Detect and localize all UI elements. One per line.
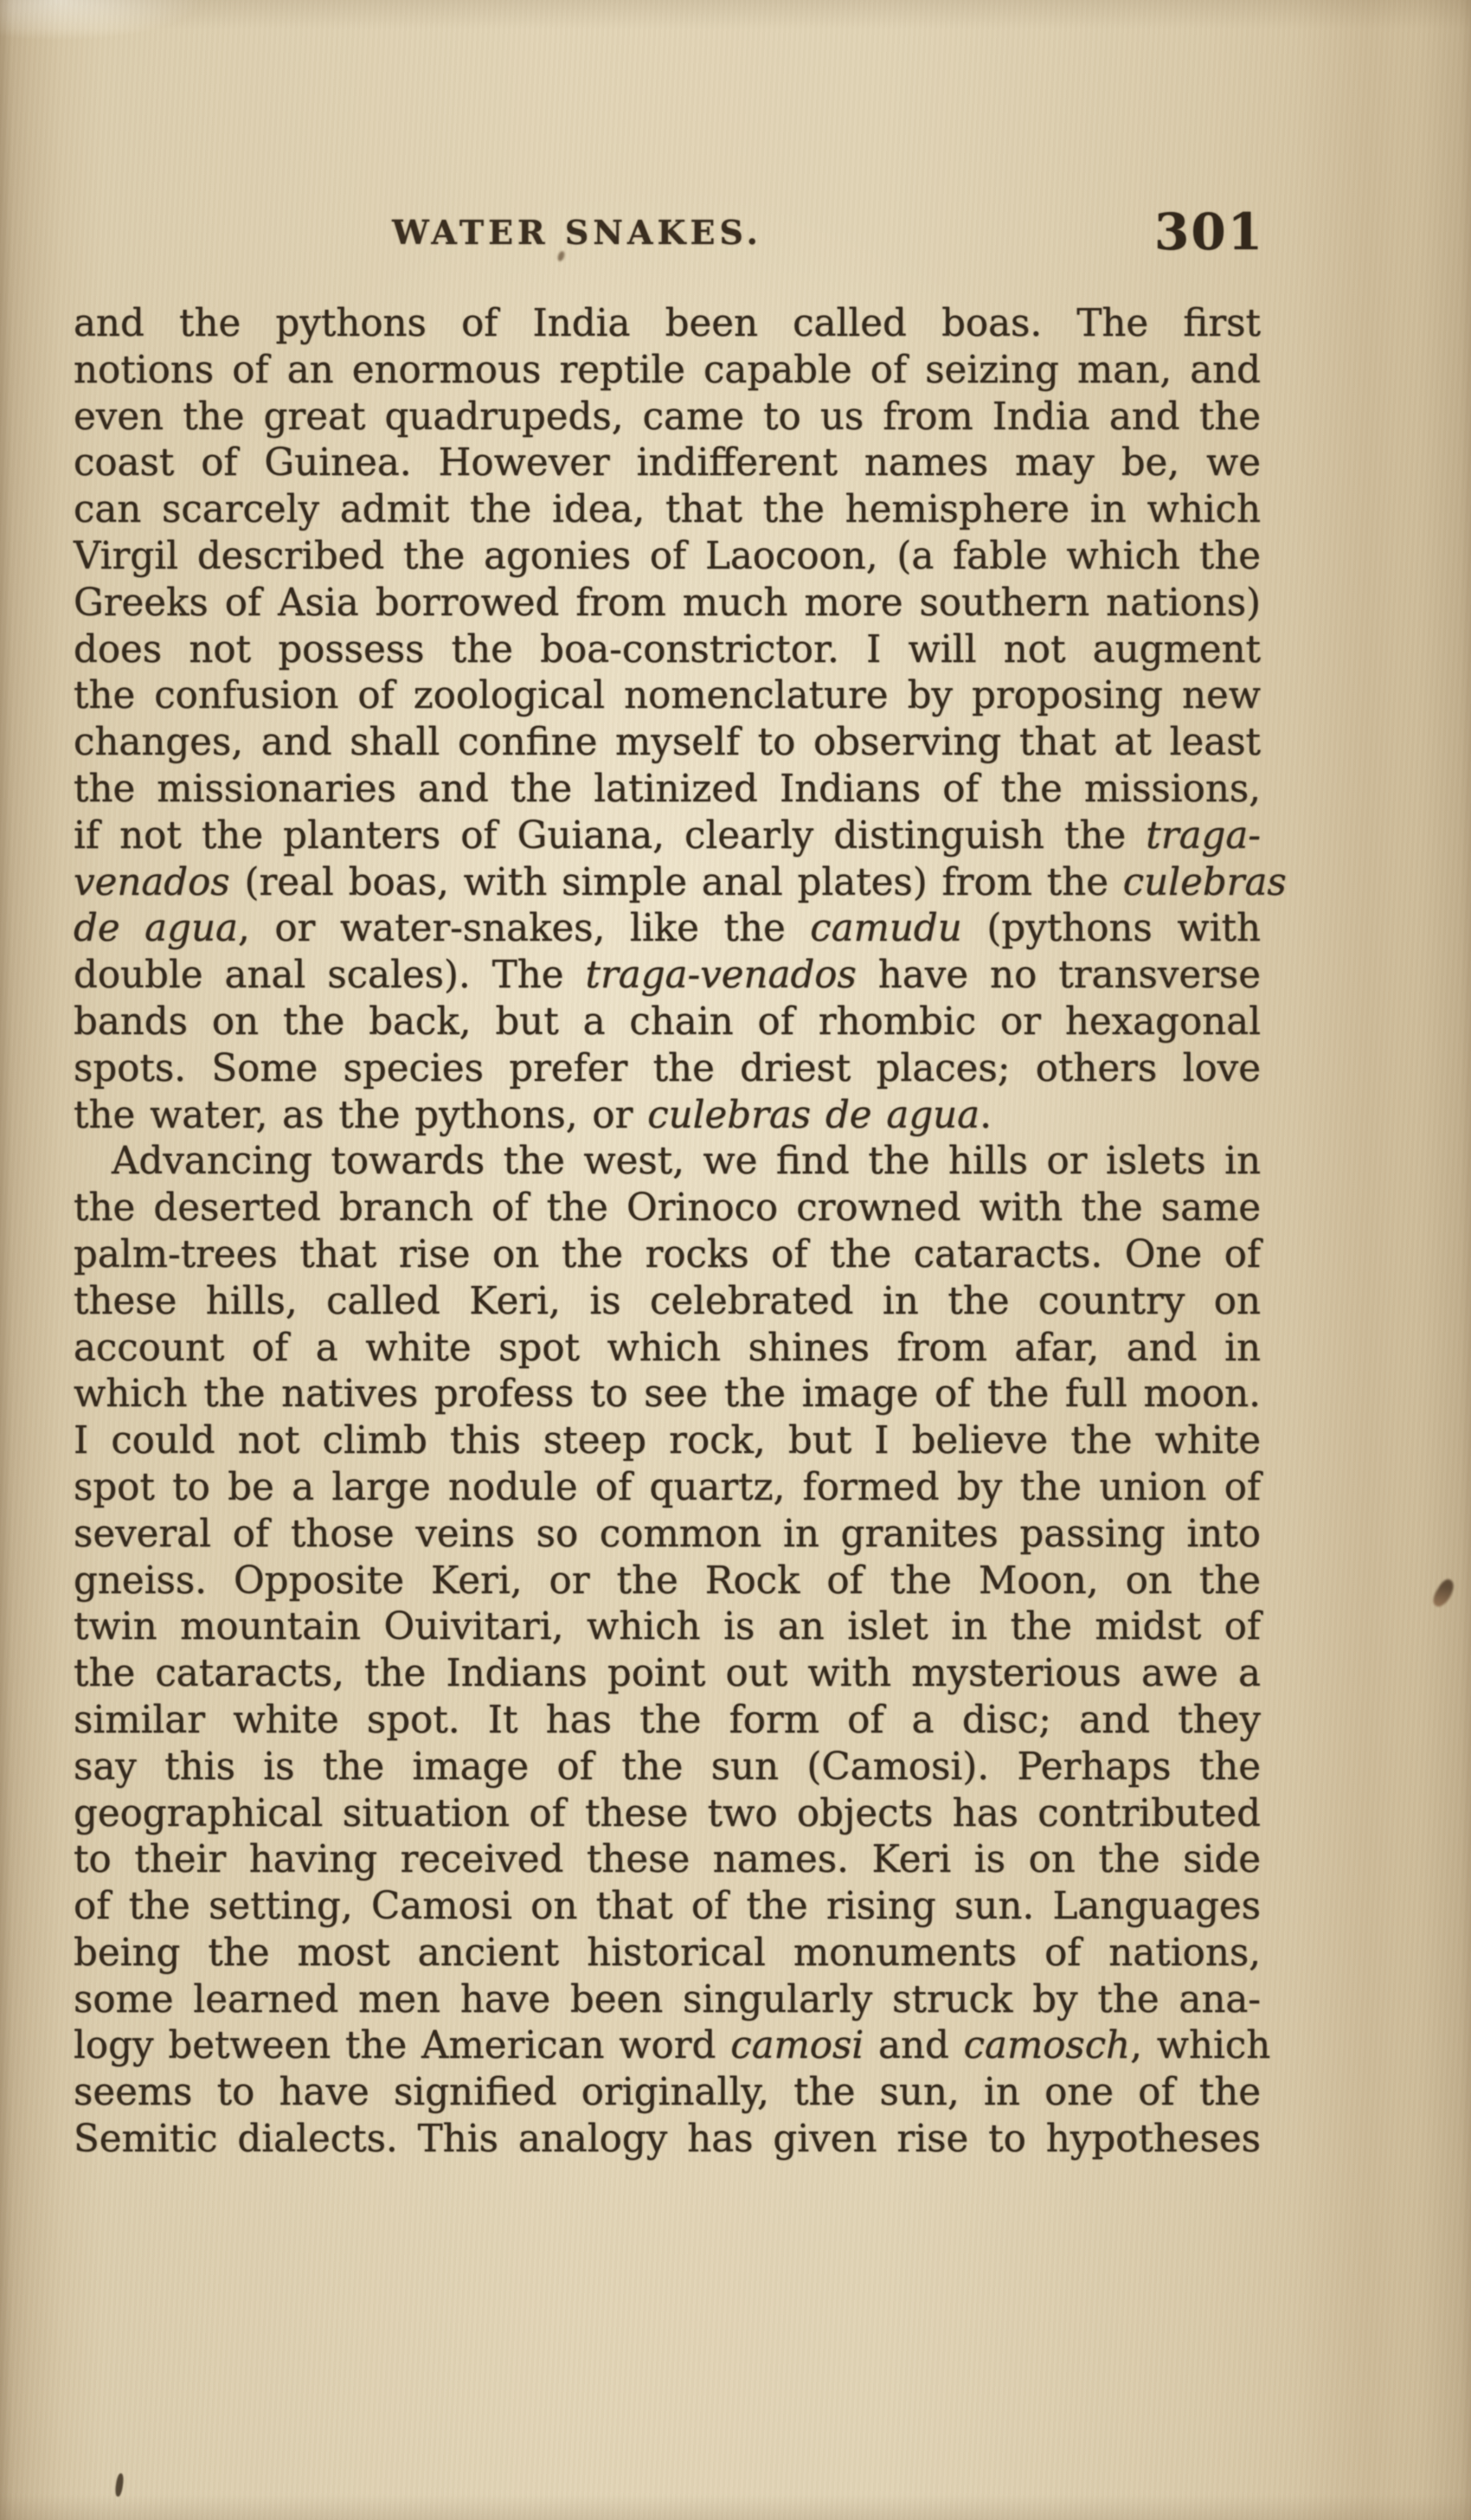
roman-text: Semitic dialects. This analogy has given… bbox=[74, 2118, 1261, 2161]
ink-speck bbox=[556, 250, 566, 262]
text-line: Greeks of Asia borrowed from much more s… bbox=[74, 581, 1261, 627]
roman-text: does not possess the boa-constrictor. I … bbox=[74, 628, 1261, 672]
roman-text: I could not climb this steep rock, but I… bbox=[74, 1419, 1261, 1462]
text-line: account of a white spot which shines fro… bbox=[74, 1326, 1261, 1372]
text-line: spot to be a large nodule of quartz, for… bbox=[74, 1465, 1261, 1512]
text-line: if not the planters of Guiana, clearly d… bbox=[74, 813, 1261, 860]
page-text-block: and the pythons of India been called boa… bbox=[74, 301, 1261, 2163]
text-line: notions of an enormous reptile capable o… bbox=[74, 348, 1261, 395]
text-line: double anal scales). The traga-venados h… bbox=[74, 953, 1261, 1000]
roman-text: similar white spot. It has the form of a… bbox=[74, 1699, 1261, 1742]
roman-text: logy between the American word bbox=[74, 2024, 730, 2067]
italic-text: culebras de agua bbox=[647, 1094, 980, 1137]
roman-text: , or water-snakes, like the bbox=[238, 907, 810, 950]
roman-text: can scarcely admit the idea, that the he… bbox=[74, 488, 1261, 531]
text-line: gneiss. Opposite Keri, or the Rock of th… bbox=[74, 1559, 1261, 1605]
page-number: 301 bbox=[1154, 202, 1264, 261]
text-line: some learned men have been singularly st… bbox=[74, 1977, 1261, 2024]
roman-text: to their having received these names. Ke… bbox=[74, 1838, 1261, 1881]
text-line: Virgil described the agonies of Laocoon,… bbox=[74, 534, 1261, 581]
text-line: the confusion of zoological nomenclature… bbox=[74, 673, 1261, 720]
roman-text: notions of an enormous reptile capable o… bbox=[74, 349, 1261, 392]
text-line: coast of Guinea. However indifferent nam… bbox=[74, 440, 1261, 487]
roman-text: bands on the back, but a chain of rhombi… bbox=[74, 1000, 1261, 1044]
roman-text: . bbox=[980, 1094, 992, 1137]
italic-text: de agua bbox=[74, 907, 238, 950]
roman-text: and bbox=[864, 2024, 963, 2067]
roman-text: and the pythons of India been called boa… bbox=[74, 302, 1261, 345]
text-line: geographical situation of these two obje… bbox=[74, 1791, 1261, 1838]
text-line: the deserted branch of the Orinoco crown… bbox=[74, 1186, 1261, 1232]
roman-text: spot to be a large nodule of quartz, for… bbox=[74, 1466, 1261, 1509]
roman-text: coast of Guinea. However indifferent nam… bbox=[74, 441, 1261, 485]
italic-text: traga- bbox=[1146, 814, 1261, 858]
roman-text: say this is the image of the sun (Camosi… bbox=[74, 1745, 1261, 1789]
roman-text: , which bbox=[1130, 2024, 1270, 2067]
text-line: the water, as the pythons, or culebras d… bbox=[74, 1093, 1261, 1140]
text-line: say this is the image of the sun (Camosi… bbox=[74, 1745, 1261, 1791]
roman-text: Greeks of Asia borrowed from much more s… bbox=[74, 582, 1261, 625]
text-line: to their having received these names. Ke… bbox=[74, 1837, 1261, 1884]
running-title: WATER SNAKES. bbox=[392, 213, 762, 252]
roman-text: spots. Some species prefer the driest pl… bbox=[74, 1047, 1261, 1090]
roman-text: Advancing towards the west, we find the … bbox=[112, 1140, 1261, 1183]
text-line: I could not climb this steep rock, but I… bbox=[74, 1418, 1261, 1465]
text-line: of the setting, Camosi on that of the ri… bbox=[74, 1884, 1261, 1931]
roman-text: the confusion of zoological nomenclature… bbox=[74, 674, 1261, 717]
text-line: can scarcely admit the idea, that the he… bbox=[74, 487, 1261, 534]
text-line: which the natives profess to see the ima… bbox=[74, 1372, 1261, 1418]
italic-text: venados bbox=[74, 861, 230, 904]
text-line: logy between the American word camosi an… bbox=[74, 2023, 1261, 2070]
text-line: venados (real boas, with simple anal pla… bbox=[74, 860, 1261, 907]
text-line: twin mountain Ouivitari, which is an isl… bbox=[74, 1604, 1261, 1651]
roman-text: even the great quadrupeds, came to us fr… bbox=[74, 395, 1261, 439]
roman-text: gneiss. Opposite Keri, or the Rock of th… bbox=[74, 1559, 1261, 1603]
roman-text: the missionaries and the latinized India… bbox=[74, 768, 1261, 811]
text-line: these hills, called Keri, is celebrated … bbox=[74, 1279, 1261, 1326]
text-line: being the most ancient historical monume… bbox=[74, 1931, 1261, 1977]
roman-text: if not the planters of Guiana, clearly d… bbox=[74, 814, 1146, 858]
roman-text: several of those veins so common in gran… bbox=[74, 1513, 1261, 1556]
text-line: the missionaries and the latinized India… bbox=[74, 767, 1261, 813]
roman-text: the cataracts, the Indians point out wit… bbox=[74, 1652, 1261, 1695]
text-line: does not possess the boa-constrictor. I … bbox=[74, 627, 1261, 674]
text-line: and the pythons of India been called boa… bbox=[74, 301, 1261, 348]
italic-text: traga-venados bbox=[585, 954, 856, 997]
italic-text: camudu bbox=[810, 907, 961, 950]
text-line: similar white spot. It has the form of a… bbox=[74, 1698, 1261, 1745]
roman-text: double anal scales). The bbox=[74, 954, 585, 997]
text-line: several of those veins so common in gran… bbox=[74, 1512, 1261, 1559]
roman-text: (pythons with bbox=[962, 907, 1261, 950]
text-line: even the great quadrupeds, came to us fr… bbox=[74, 395, 1261, 441]
roman-text: these hills, called Keri, is celebrated … bbox=[74, 1280, 1261, 1323]
roman-text: Virgil described the agonies of Laocoon,… bbox=[74, 535, 1261, 578]
roman-text: (real boas, with simple anal plates) fro… bbox=[230, 861, 1123, 904]
roman-text: palm-trees that rise on the rocks of the… bbox=[74, 1233, 1261, 1276]
roman-text: have no transverse bbox=[857, 954, 1261, 997]
text-line: palm-trees that rise on the rocks of the… bbox=[74, 1232, 1261, 1279]
roman-text: twin mountain Ouivitari, which is an isl… bbox=[74, 1605, 1261, 1649]
book-page: WATER SNAKES. 301 and the pythons of Ind… bbox=[0, 0, 1471, 2520]
roman-text: seems to have signified originally, the … bbox=[74, 2071, 1261, 2114]
roman-text: of the setting, Camosi on that of the ri… bbox=[74, 1885, 1261, 1928]
text-line: Semitic dialects. This analogy has given… bbox=[74, 2117, 1261, 2163]
italic-text: camosch bbox=[964, 2024, 1130, 2067]
roman-text: account of a white spot which shines fro… bbox=[74, 1327, 1261, 1370]
text-line: Advancing towards the west, we find the … bbox=[74, 1139, 1261, 1186]
roman-text: some learned men have been singularly st… bbox=[74, 1978, 1261, 2022]
text-line: seems to have signified originally, the … bbox=[74, 2070, 1261, 2117]
page-scan-layer: WATER SNAKES. 301 and the pythons of Ind… bbox=[0, 0, 1471, 2520]
roman-text: the water, as the pythons, or bbox=[74, 1094, 647, 1137]
roman-text: which the natives profess to see the ima… bbox=[74, 1372, 1261, 1416]
italic-text: camosi bbox=[730, 2024, 864, 2067]
roman-text: being the most ancient historical monume… bbox=[74, 1932, 1261, 1975]
text-line: spots. Some species prefer the driest pl… bbox=[74, 1046, 1261, 1093]
text-line: changes, and shall confine myself to obs… bbox=[74, 720, 1261, 767]
roman-text: changes, and shall confine myself to obs… bbox=[74, 721, 1261, 764]
text-line: bands on the back, but a chain of rhombi… bbox=[74, 1000, 1261, 1046]
text-line: the cataracts, the Indians point out wit… bbox=[74, 1651, 1261, 1698]
italic-text: culebras bbox=[1123, 861, 1287, 904]
roman-text: the deserted branch of the Orinoco crown… bbox=[74, 1186, 1261, 1230]
roman-text: geographical situation of these two obje… bbox=[74, 1792, 1261, 1835]
text-line: de agua, or water-snakes, like the camud… bbox=[74, 906, 1261, 953]
